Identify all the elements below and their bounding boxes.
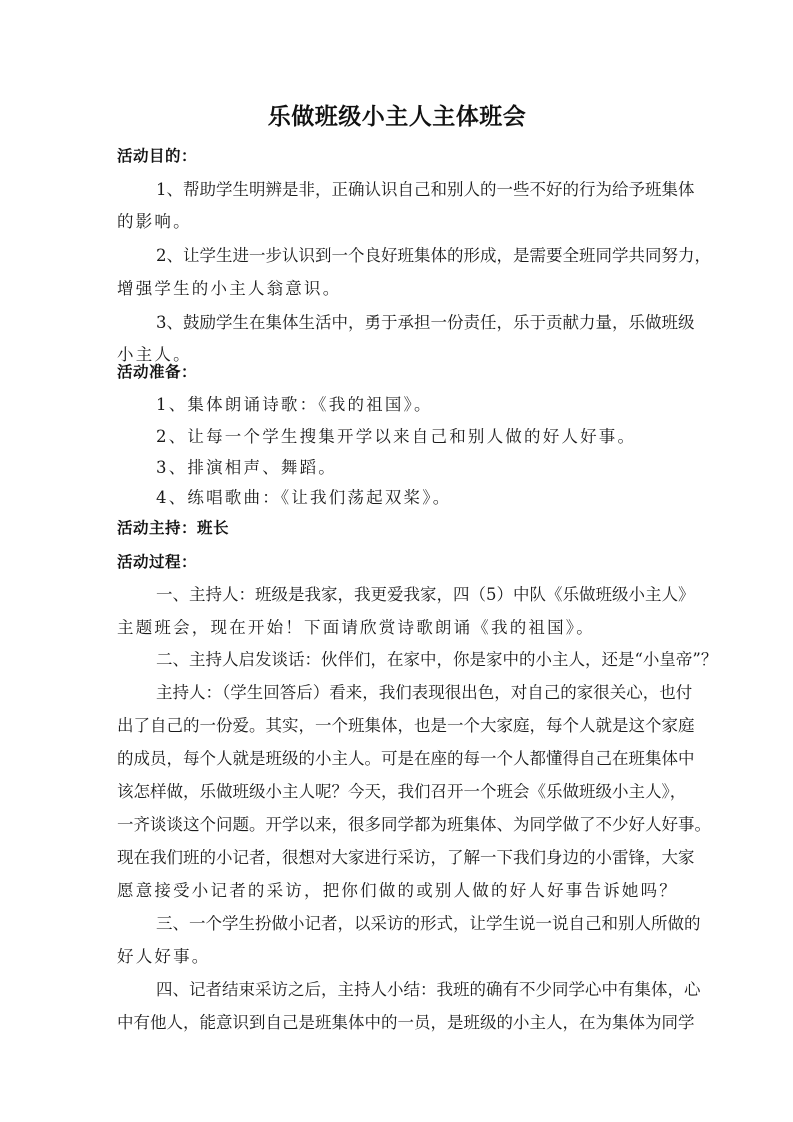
purpose-item-1-line-2: 的影响。 <box>117 205 192 238</box>
preparation-item-3: 3、排演相声、舞蹈。 <box>156 451 337 484</box>
section-heading-host: 活动主持：班长 <box>117 512 229 545</box>
process-para-4-line-2: 好人好事。 <box>117 940 211 973</box>
section-heading-preparation: 活动准备： <box>117 356 197 389</box>
purpose-item-3-line-1: 3、鼓励学生在集体生活中，勇于承担一份责任，乐于贡献力量，乐做班级 <box>156 306 677 339</box>
preparation-item-1: 1、集体朗诵诗歌：《我的祖国》。 <box>156 388 433 421</box>
process-para-3-line-6: 现在我们班的小记者，很想对大家进行采访，了解一下我们身边的小雷锋，大家 <box>117 841 677 874</box>
process-para-3-line-2: 出了自己的一份爱。其实，一个班集体，也是一个大家庭，每个人就是这个家庭 <box>117 709 677 742</box>
process-para-1-line-1: 一、主持人：班级是我家，我更爱我家，四（5）中队《乐做班级小主人》 <box>156 578 677 611</box>
process-para-3-line-5: 一齐谈谈这个问题。开学以来，很多同学都为班集体、为同学做了不少好人好事。 <box>117 808 677 841</box>
process-para-2-line-1: 二、主持人启发谈话：伙伴们，在家中，你是家中的小主人，还是“小皇帝”？ <box>156 643 677 676</box>
process-para-1-line-2: 主题班会，现在开始！下面请欣赏诗歌朗诵《我的祖国》。 <box>117 611 595 644</box>
process-para-5-line-1: 四、记者结束采访之后，主持人小结：我班的确有不少同学心中有集体，心 <box>156 973 677 1006</box>
process-para-3-line-4: 该怎样做，乐做班级小主人呢？今天，我们召开一个班会《乐做班级小主人》， <box>117 775 677 808</box>
preparation-item-4: 4、练唱歌曲：《让我们荡起双桨》。 <box>156 481 451 514</box>
process-para-4-line-1: 三、一个学生扮做小记者，以采访的形式，让学生说一说自己和别人所做的 <box>156 907 677 940</box>
process-para-5-line-2: 中有他人，能意识到自己是班集体中的一员，是班级的小主人，在为集体为同学 <box>117 1006 677 1039</box>
purpose-item-2-line-2: 增强学生的小主人翁意识。 <box>117 272 341 305</box>
section-heading-purpose: 活动目的： <box>117 140 197 173</box>
purpose-item-1-line-1: 1、帮助学生明辨是非，正确认识自己和别人的一些不好的行为给予班集体 <box>156 173 677 206</box>
process-para-3-line-7: 愿意接受小记者的采访，把你们做的或别人做的好人好事告诉她吗？ <box>117 874 678 907</box>
section-heading-process: 活动过程： <box>117 546 197 579</box>
process-para-3-line-1: 主持人：（学生回答后）看来，我们表现很出色，对自己的家很关心，也付 <box>156 676 677 709</box>
purpose-item-2-line-1: 2、让学生进一步认识到一个良好班集体的形成，是需要全班同学共同努力， <box>156 239 677 272</box>
process-para-3-line-3: 的成员，每个人就是班级的小主人。可是在座的每一个人都懂得自己在班集体中 <box>117 742 677 775</box>
document-title: 乐做班级小主人主体班会 <box>117 101 677 133</box>
preparation-item-2: 2、让每一个学生搜集开学以来自己和别人做的好人好事。 <box>156 420 636 453</box>
